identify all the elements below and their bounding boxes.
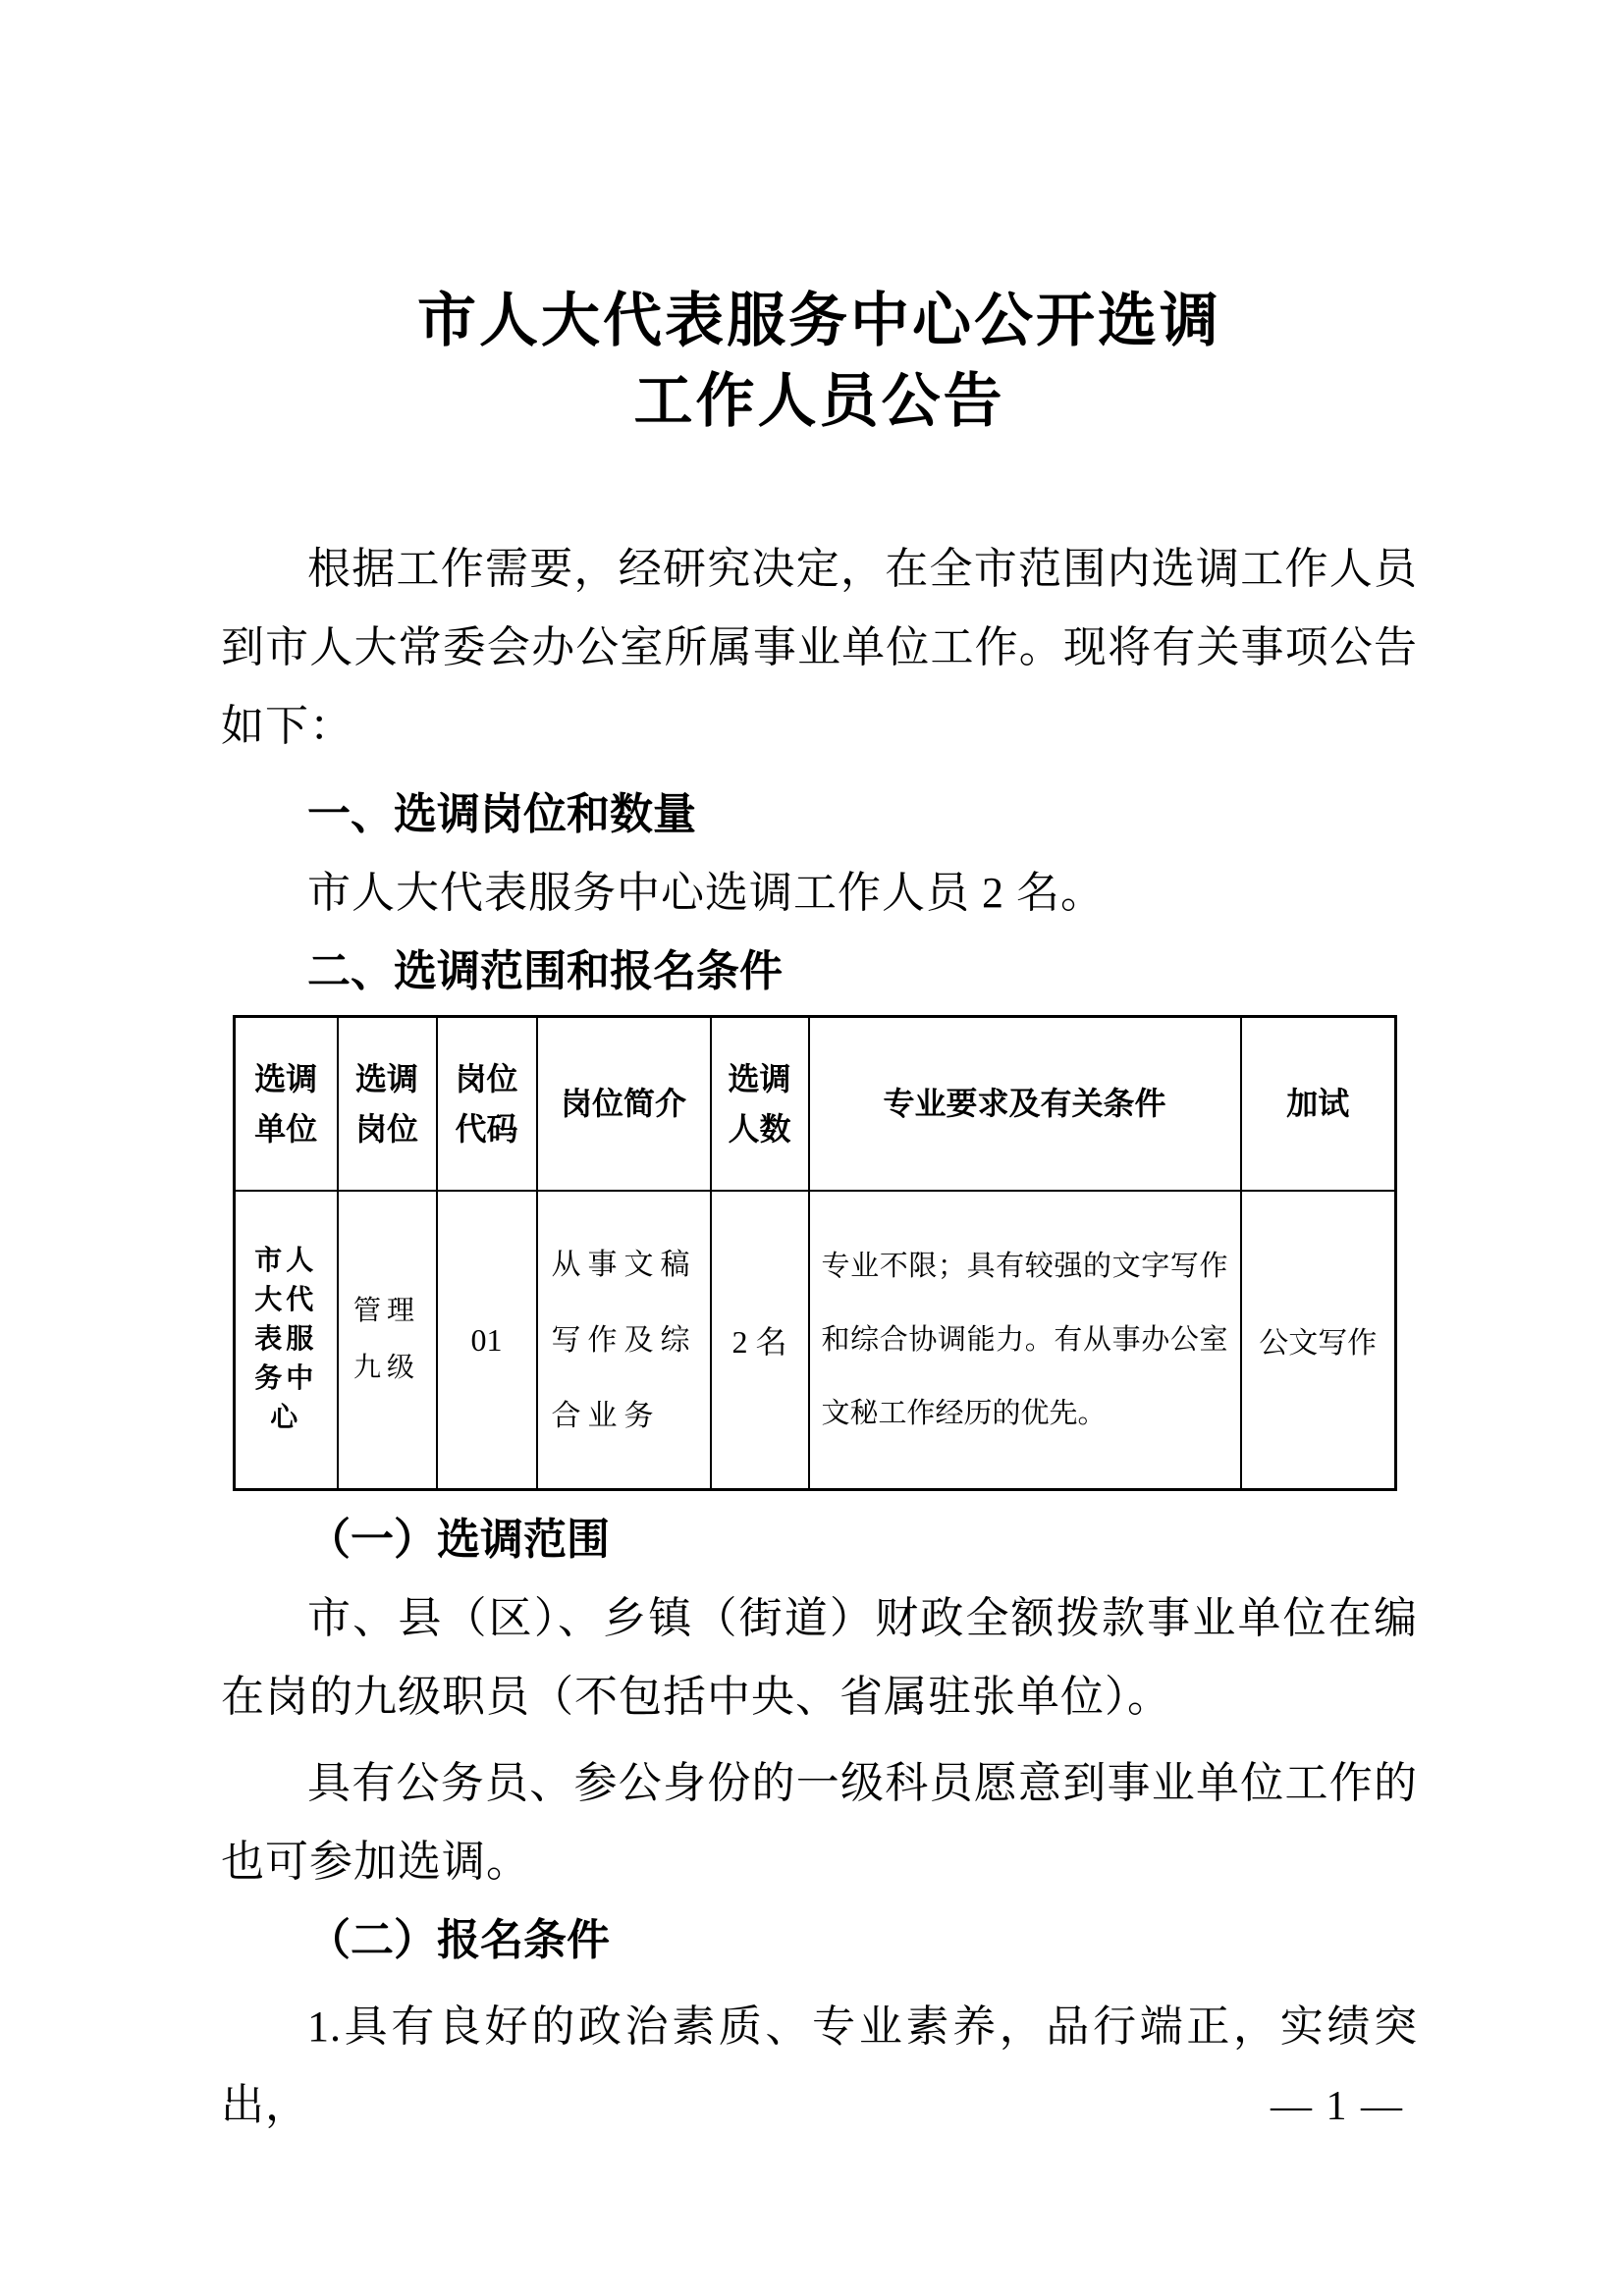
- header-cell-requirements: 专业要求及有关条件: [809, 1017, 1241, 1192]
- section2-heading: 二、选调范围和报名条件: [221, 933, 1418, 1011]
- cell-unit: 市人大代表服务中心: [235, 1191, 338, 1490]
- sub1-heading: （一）选调范围: [221, 1501, 1418, 1579]
- header-cell-brief: 岗位简介: [537, 1017, 711, 1192]
- cell-post: 管理九级: [338, 1191, 437, 1490]
- cell-brief: 从事文稿写作及综合业务: [537, 1191, 711, 1490]
- cell-count: 2 名: [711, 1191, 809, 1490]
- header-cell-post: 选调岗位: [338, 1017, 437, 1192]
- header-cell-code: 岗位代码: [437, 1017, 537, 1192]
- document-content: 市人大代表服务中心公开选调 工作人员公告 根据工作需要，经研究决定，在全市范围内…: [221, 0, 1418, 2145]
- sub2-paragraph1: 1.具有良好的政治素质、专业素养，品行端正，实绩突出，: [221, 1988, 1418, 2145]
- sub1-paragraph1: 市、县（区）、乡镇（街道）财政全额拨款事业单位在编在岗的九级职员（不包括中央、省…: [221, 1579, 1418, 1736]
- sub1-paragraph2: 具有公务员、参公身份的一级科员愿意到事业单位工作的也可参加选调。: [221, 1744, 1418, 1901]
- section1-body: 市人大代表服务中心选调工作人员 2 名。: [221, 854, 1418, 933]
- header-cell-count: 选调人数: [711, 1017, 809, 1192]
- page-number: — 1 —: [1271, 2083, 1404, 2130]
- header-cell-extra-test: 加试: [1241, 1017, 1396, 1192]
- sub2-heading: （二）报名条件: [221, 1901, 1418, 1980]
- table-header-row: 选调单位 选调岗位 岗位代码 岗位简介 选调人数 专业要求及有关条件 加试: [235, 1017, 1396, 1192]
- table-row: 市人大代表服务中心 管理九级 01 从事文稿写作及综合业务 2 名 专业不限；具…: [235, 1191, 1396, 1490]
- cell-requirements: 专业不限；具有较强的文字写作和综合协调能力。有从事办公室文秘工作经历的优先。: [809, 1191, 1241, 1490]
- cell-code: 01: [437, 1191, 537, 1490]
- document-page: 市人大代表服务中心公开选调 工作人员公告 根据工作需要，经研究决定，在全市范围内…: [0, 0, 1624, 2296]
- section1-heading: 一、选调岗位和数量: [221, 775, 1418, 854]
- document-title-line2: 工作人员公告: [221, 361, 1418, 442]
- header-cell-unit: 选调单位: [235, 1017, 338, 1192]
- cell-extra-test: 公文写作: [1241, 1191, 1396, 1490]
- document-title: 市人大代表服务中心公开选调 工作人员公告: [221, 0, 1418, 442]
- intro-paragraph: 根据工作需要，经研究决定，在全市范围内选调工作人员到市人大常委会办公室所属事业单…: [221, 530, 1418, 766]
- document-title-line1: 市人大代表服务中心公开选调: [221, 281, 1418, 361]
- positions-table: 选调单位 选调岗位 岗位代码 岗位简介 选调人数 专业要求及有关条件 加试 市人…: [233, 1015, 1397, 1491]
